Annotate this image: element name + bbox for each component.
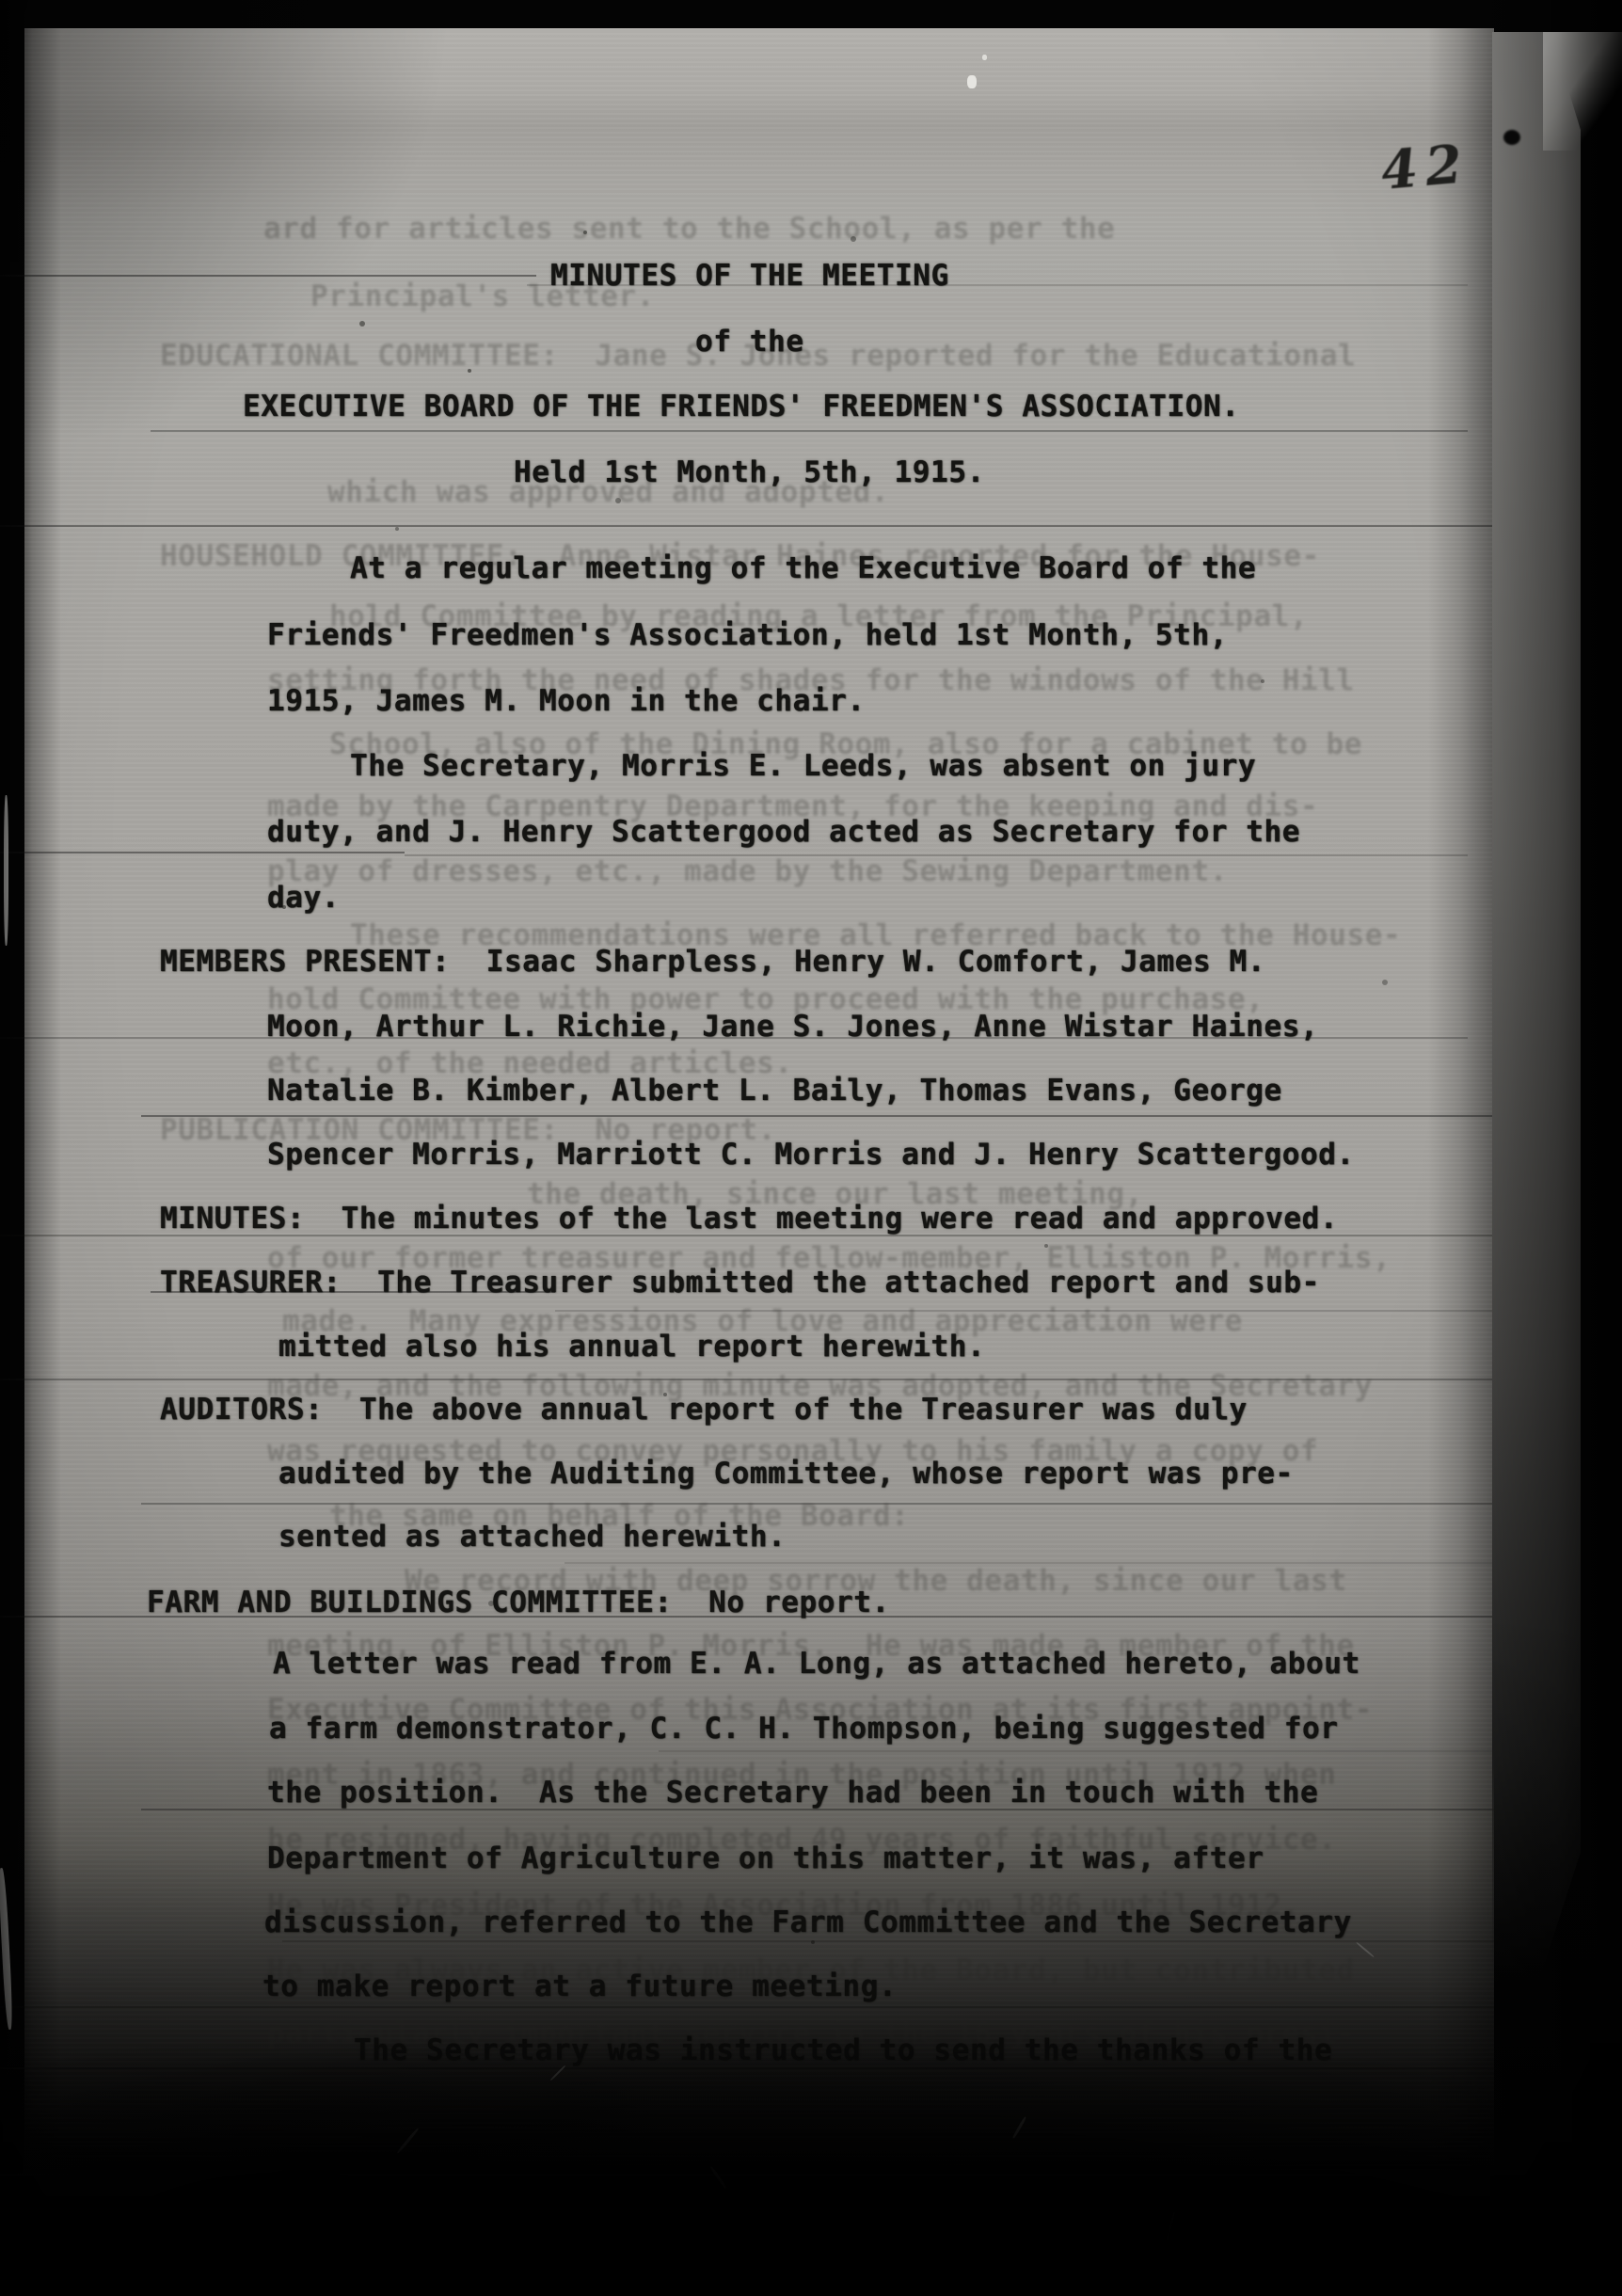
scan-line-artifact: [282, 1940, 1494, 1942]
typed-line: Natalie B. Kimber, Albert L. Baily, Thom…: [267, 1076, 1282, 1106]
typed-line: the position. As the Secretary had been …: [267, 1778, 1318, 1808]
typed-line: TREASURER: The Treasurer submitted the a…: [160, 1268, 1320, 1298]
scan-line-artifact: [0, 1037, 1468, 1039]
typed-line: FARM AND BUILDINGS COMMITTEE: No report.: [147, 1588, 890, 1618]
typed-line: EXECUTIVE BOARD OF THE FRIENDS' FREEDMEN…: [243, 392, 1240, 422]
scan-line-artifact: [0, 852, 405, 853]
scratch-artifact: [4, 795, 8, 946]
scan-line-artifact: [0, 2006, 1494, 2008]
scratch-artifact: [629, 2234, 652, 2248]
typed-line: of the: [695, 327, 804, 357]
typed-line: MEMBERS PRESENT: Isaac Sharpless, Henry …: [160, 948, 1265, 977]
right-edge-ink-speck: [1503, 130, 1520, 145]
handwritten-page-number: 42: [1379, 137, 1471, 198]
scan-line-artifact: [0, 1616, 1494, 1618]
scan-line-artifact: [0, 525, 1494, 527]
top-right-corner-highlight: [1543, 32, 1622, 151]
ghost-line: play of dresses, etc., made by the Sewin…: [267, 857, 1228, 886]
scan-line-artifact: [141, 1115, 1494, 1117]
dust-specks: [0, 0, 4, 4]
typed-line: mitted also his annual report herewith.: [278, 1332, 985, 1362]
typed-line: to make report at a future meeting.: [262, 1972, 897, 2001]
typed-line: sented as attached herewith.: [278, 1523, 786, 1552]
typed-line: MINUTES: The minutes of the last meeting…: [160, 1204, 1338, 1234]
typed-line: Department of Agriculture on this matter…: [267, 1844, 1264, 1873]
typed-line: Friends' Freedmen's Association, held 1s…: [267, 621, 1228, 650]
typed-line: AUDITORS: The above annual report of the…: [160, 1395, 1248, 1425]
typed-line: The Secretary, Morris E. Leeds, was abse…: [350, 752, 1256, 781]
scan-line-artifact: [141, 1503, 1494, 1505]
typed-line: 1915, James M. Moon in the chair.: [267, 687, 866, 716]
scan-line-artifact: [565, 1562, 1494, 1564]
scratch-artifact: [967, 75, 977, 88]
typed-line: Spencer Morris, Marriott C. Morris and J…: [267, 1140, 1355, 1170]
ghost-line: ard for articles sent to the School, as …: [263, 215, 1115, 244]
typed-line: audited by the Auditing Committee, whose…: [278, 1459, 1294, 1489]
typed-line: a farm demonstrator, C. C. H. Thompson, …: [269, 1714, 1339, 1744]
scratch-artifact: [1164, 2211, 1175, 2248]
scan-line-artifact: [151, 1291, 555, 1293]
right-film-edge: [1492, 32, 1581, 1989]
scan-line-artifact: [0, 2174, 1494, 2176]
typed-line: duty, and J. Henry Scattergood acted as …: [267, 818, 1300, 847]
scan-line-artifact: [0, 2067, 1494, 2069]
scan-line-artifact: [0, 1379, 1494, 1380]
scan-line-artifact: [151, 430, 1468, 432]
scan-line-artifact: [659, 1750, 1494, 1752]
scanned-minutes-page: ard for articles sent to the School, as …: [0, 0, 1622, 2296]
typed-line: discussion, referred to the Farm Committ…: [264, 1908, 1352, 1937]
scan-line-artifact: [0, 275, 536, 277]
typed-line: Held 1st Month, 5th, 1915.: [514, 458, 985, 487]
typed-line: A letter was read from E. A. Long, as at…: [273, 1650, 1360, 1679]
typed-line: day.: [267, 884, 340, 913]
scan-line-artifact: [405, 854, 1468, 856]
scratch-artifact: [982, 55, 987, 60]
typed-line: MINUTES OF THE MEETING: [550, 262, 949, 291]
scan-line-artifact: [0, 1235, 1494, 1236]
scan-line-artifact: [527, 284, 1468, 286]
scan-line-artifact: [555, 1310, 1494, 1312]
scan-line-artifact: [141, 1809, 1494, 1810]
typed-line: At a regular meeting of the Executive Bo…: [350, 554, 1256, 583]
typed-line: The Secretary was instructed to send the…: [354, 2036, 1332, 2065]
